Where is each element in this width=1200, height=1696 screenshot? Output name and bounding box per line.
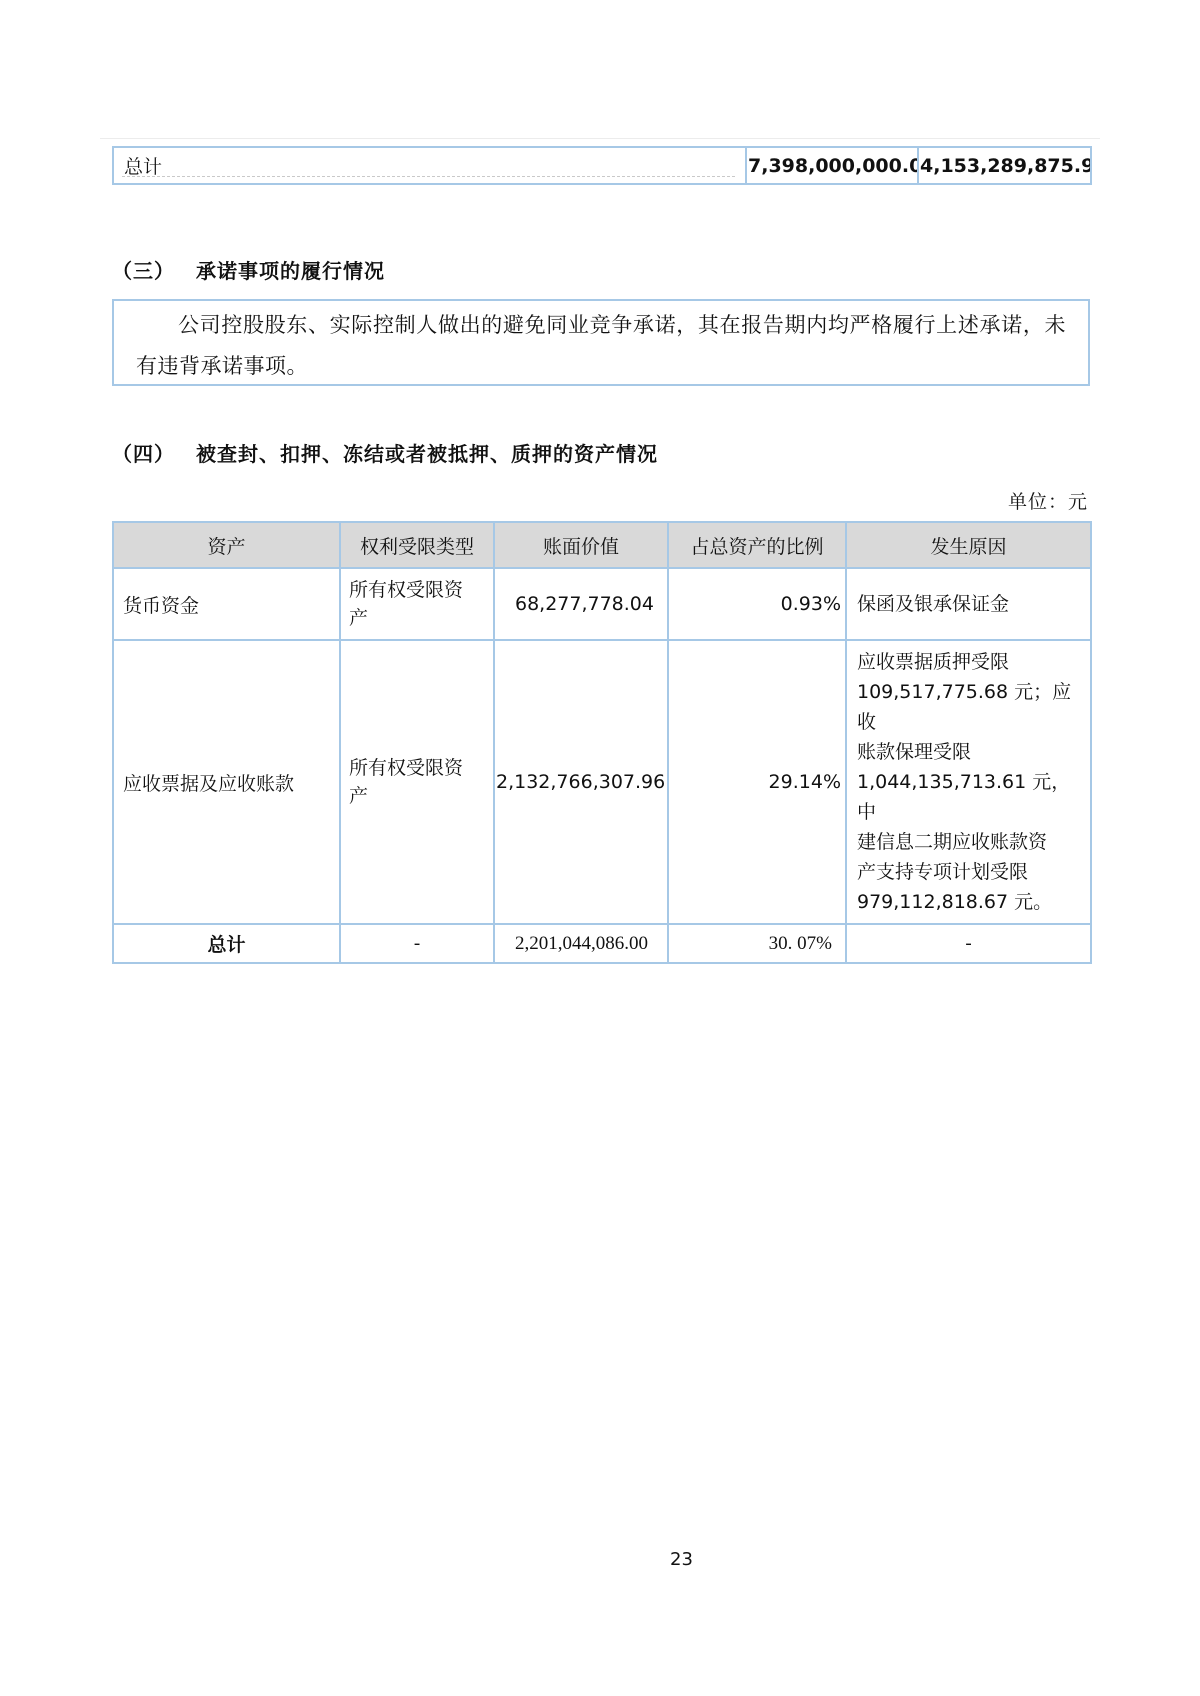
restricted-assets-table: 资产 权利受限类型 账面价值 占总资产的比例 发生原因 货币资金 所有权受限资 … (112, 521, 1092, 964)
section-4-heading: （四）被查封、扣押、冻结或者被抵押、质押的资产情况 (112, 438, 658, 467)
section-4-number: （四） (112, 438, 196, 467)
page-number: 23 (670, 1549, 693, 1570)
book-value: 2,132,766,307.96 (494, 640, 668, 924)
book-value: 68,277,778.04 (494, 568, 668, 640)
carryover-total-table: 总计 7,398,000,000.00 4,153,289,875.95 (112, 146, 1092, 185)
table-row: 应收票据及应收账款 所有权受限资 产 2,132,766,307.96 29.1… (113, 640, 1091, 924)
dash: - (846, 924, 1091, 963)
asset-name: 货币资金 (113, 568, 340, 640)
ratio: 0.93% (668, 568, 846, 640)
total-ratio: 30. 07% (668, 924, 846, 963)
total-label: 总计 (124, 156, 162, 178)
header-ratio: 占总资产的比例 (668, 522, 846, 568)
divider-line (100, 138, 1100, 139)
table-row: 总计 7,398,000,000.00 4,153,289,875.95 (113, 147, 1091, 184)
restriction-type: 所有权受限资 产 (340, 568, 494, 640)
total-label: 总计 (113, 924, 340, 963)
table-total-row: 总计 - 2,201,044,086.00 30. 07% - (113, 924, 1091, 963)
unit-label: 单位：元 (1008, 487, 1088, 514)
dotted-leader (122, 176, 735, 177)
promise-paragraph-box: 公司控股股东、实际控制人做出的避免同业竞争承诺，其在报告期内均严格履行上述承诺，… (112, 299, 1090, 386)
section-3-title: 承诺事项的履行情况 (196, 259, 385, 283)
dash: - (340, 924, 494, 963)
document-page: 总计 7,398,000,000.00 4,153,289,875.95 （三）… (0, 0, 1200, 1696)
header-reason: 发生原因 (846, 522, 1091, 568)
total-amount-1: 7,398,000,000.00 (746, 147, 918, 184)
total-label-cell: 总计 (113, 147, 746, 184)
reason: 保函及银承保证金 (846, 568, 1091, 640)
total-amount-2: 4,153,289,875.95 (918, 147, 1091, 184)
asset-name: 应收票据及应收账款 (113, 640, 340, 924)
section-4-title: 被查封、扣押、冻结或者被抵押、质押的资产情况 (196, 442, 658, 466)
promise-paragraph: 公司控股股东、实际控制人做出的避免同业竞争承诺，其在报告期内均严格履行上述承诺，… (136, 313, 1066, 378)
section-3-number: （三） (112, 255, 196, 284)
reason: 应收票据质押受限 109,517,775.68 元；应收 账款保理受限 1,04… (846, 640, 1091, 924)
restriction-type: 所有权受限资 产 (340, 640, 494, 924)
header-book-value: 账面价值 (494, 522, 668, 568)
table-header-row: 资产 权利受限类型 账面价值 占总资产的比例 发生原因 (113, 522, 1091, 568)
header-restriction-type: 权利受限类型 (340, 522, 494, 568)
ratio: 29.14% (668, 640, 846, 924)
header-asset: 资产 (113, 522, 340, 568)
section-3-heading: （三）承诺事项的履行情况 (112, 255, 385, 284)
table-row: 货币资金 所有权受限资 产 68,277,778.04 0.93% 保函及银承保… (113, 568, 1091, 640)
total-value: 2,201,044,086.00 (494, 924, 668, 963)
